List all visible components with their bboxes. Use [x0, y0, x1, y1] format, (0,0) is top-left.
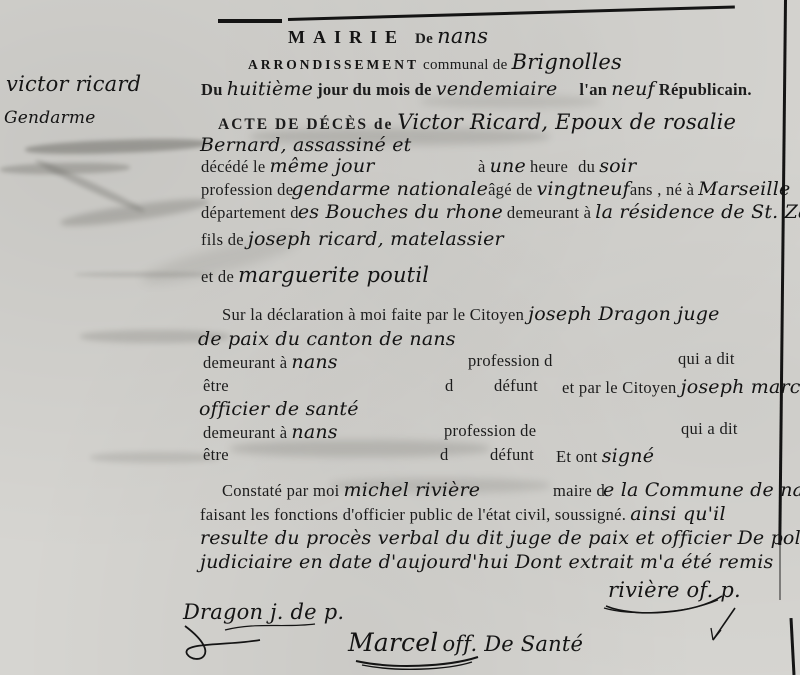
witness1-d-label: d [445, 376, 454, 396]
witness2-title-value: officier de santé [199, 398, 359, 420]
signature-doctor-title: off. De Santé [442, 632, 583, 656]
witness2-d-label: d [440, 445, 449, 465]
signature-doctor-flourish [352, 655, 482, 671]
father-name-value: joseph ricard, matelassier [248, 228, 504, 250]
witness2-defunt-label: défunt [490, 445, 534, 465]
arrondissement-mid-label: communal de [423, 57, 508, 73]
death-certificate-document: MAIRIEDe nans ARRONDISSEMENT communal de… [0, 0, 800, 675]
day-value: huitième [227, 78, 313, 100]
witness1-profession-label: profession d [468, 351, 553, 371]
mother-name-value: marguerite poutil [238, 263, 429, 287]
deceased-name-value: Victor Ricard, Epoux de rosalie [397, 110, 736, 134]
margin-note-occupation: Gendarme [4, 108, 96, 128]
witness1-residence-segment: demeurant à nans [203, 351, 338, 373]
page-fold-line-faint [779, 545, 781, 600]
signature-doctor-name: Marcel [348, 628, 438, 657]
deces-day-value: même jour [270, 155, 375, 177]
mayor-name-value: michel rivière [344, 479, 481, 501]
witness1-quiadit-label: qui a dit [678, 349, 735, 369]
demeurant-label: demeurant à [507, 203, 591, 222]
commune-value: e la Commune de nans [603, 479, 800, 501]
profession-label: profession de [201, 180, 293, 199]
arrondissement-value-handwritten: Brignolles [512, 50, 622, 74]
witness2-residence-value: nans [291, 421, 337, 443]
page-fold-line [778, 0, 787, 545]
bleedthrough-smudge [60, 195, 211, 231]
declaration-label: Sur la déclaration à moi faite par le Ci… [222, 305, 524, 324]
deces-hour-segment: à une heuredu soir [478, 155, 636, 177]
closing-line1-right: maire de la Commune de nans [553, 479, 800, 501]
bleedthrough-smudge [90, 452, 220, 463]
witness2-name-value: joseph marcel [681, 376, 800, 398]
ainsi-quil-value: ainsi qu'il [630, 503, 725, 525]
departement-label: département d [201, 203, 299, 222]
deces-date-segment: décédé le même jour [201, 155, 375, 177]
ans-ne-label: ans , né à [630, 180, 694, 199]
etont-signe-segment: Et ont signé [556, 445, 654, 467]
profession-line: profession degendarme nationaleâgé de vi… [201, 178, 790, 200]
residence-value: la résidence de St. Zacharie [595, 201, 800, 223]
age-label: âgé de [488, 180, 532, 199]
mother-line: et de marguerite poutil [201, 263, 429, 287]
mairie-label: MAIRIE [288, 27, 405, 47]
departement-value: es Bouches du rhone [298, 201, 503, 223]
demeurant-a-label: demeurant à [203, 353, 287, 372]
declarant1-name-value: joseph Dragon juge [528, 303, 719, 325]
constate-label: Constaté par moi [222, 481, 340, 500]
et-par-le-citoyen-label: et par le Citoyen [562, 378, 677, 397]
witness1-defunt-label: défunt [494, 376, 538, 396]
et-ont-label: Et ont [556, 447, 598, 466]
page-edge-mark [790, 618, 796, 675]
decede-le-label: décédé le [201, 157, 266, 176]
closing-line2: faisant les fonctions d'officier public … [200, 503, 726, 525]
witness1-etre-label: être [203, 376, 229, 396]
lan-label: l'an [579, 80, 607, 99]
soir-value: soir [599, 155, 636, 177]
top-rule-long [288, 6, 735, 21]
closing-line4: judiciaire en date d'aujourd'hui Dont ex… [200, 551, 773, 573]
hour-value: une [490, 155, 526, 177]
fils-de-label: fils de [201, 230, 244, 249]
du2-label: du [578, 157, 595, 176]
du-label: Du [201, 80, 223, 99]
date-line: Du huitième jour du mois de vendemiairel… [201, 78, 752, 100]
margin-note-name: victor ricard [6, 72, 141, 96]
et-de-label: et de [201, 267, 234, 286]
top-rule-short [218, 19, 282, 23]
pen-mark [695, 606, 740, 646]
arrondissement-label: ARRONDISSEMENT [248, 57, 419, 72]
signature-doctor: Marcel off. De Santé [348, 628, 583, 657]
father-line: fils de joseph ricard, matelassier [201, 228, 504, 250]
declarant1-title-line: de paix du canton de nans [198, 328, 456, 350]
month-value: vendemiaire [436, 78, 558, 100]
profession-value: gendarme nationale [291, 178, 488, 200]
arrondissement-line: ARRONDISSEMENT communal de Brignolles [248, 50, 622, 74]
bleedthrough-smudge [25, 137, 210, 156]
year-value: neuf [611, 78, 655, 100]
fonctions-label: faisant les fonctions d'officier public … [200, 505, 626, 524]
closing-line1-left: Constaté par moi michel rivière [222, 479, 480, 501]
birthplace-value: Marseille [698, 178, 790, 200]
signature-judge-flourish [165, 620, 375, 672]
a-label: à [478, 157, 486, 176]
witness2-quiadit-label: qui a dit [681, 419, 738, 439]
mairie-de-label: De [415, 31, 433, 47]
jour-du-mois-label: jour du mois de [317, 80, 432, 99]
demeurant-a-label2: demeurant à [203, 423, 287, 442]
witness2-intro-segment: et par le Citoyen joseph marcel [562, 376, 800, 398]
witness2-residence-segment: demeurant à nans [203, 421, 338, 443]
acte-label: ACTE DE DÉCÈS de [218, 116, 393, 133]
declaration-line: Sur la déclaration à moi faite par le Ci… [222, 303, 720, 325]
mairie-value-handwritten: nans [437, 24, 488, 48]
witness2-etre-label: être [203, 445, 229, 465]
republicain-label: Républicain. [659, 80, 752, 99]
mairie-line: MAIRIEDe nans [288, 24, 488, 48]
closing-line3: resulte du procès verbal du dit juge de … [200, 527, 800, 549]
heure-label: heure [530, 157, 568, 176]
maire-d-label: maire d [553, 481, 605, 500]
witness1-residence-value: nans [291, 351, 337, 373]
witness2-profession-label: profession de [444, 421, 536, 441]
departement-line: département des Bouches du rhone demeura… [201, 201, 800, 223]
age-value: vingtneuf [536, 178, 629, 200]
signe-value: signé [602, 445, 654, 467]
acte-line: ACTE DE DÉCÈS de Victor Ricard, Epoux de… [218, 110, 736, 134]
acte-line2: Bernard, assassiné et [200, 134, 412, 156]
